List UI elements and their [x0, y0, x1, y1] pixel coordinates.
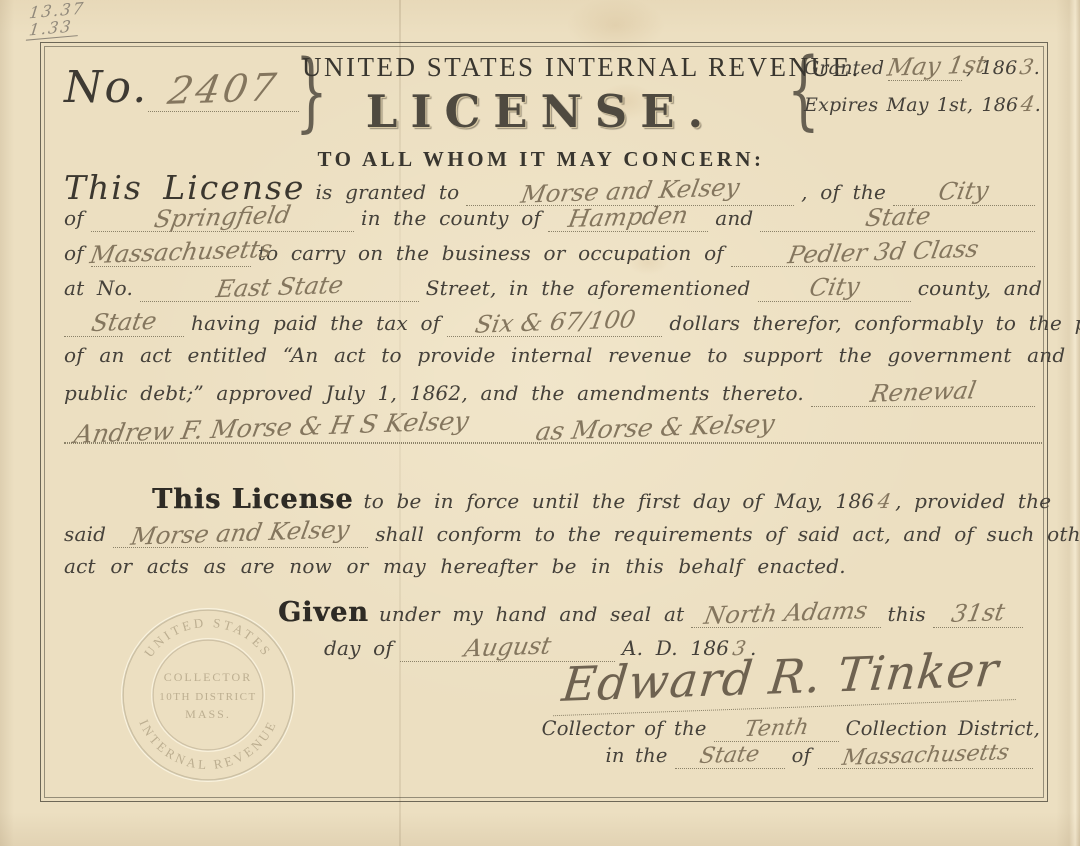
- body-text: to be in force until the first day of Ma…: [363, 489, 874, 513]
- collector-text: Collection District,: [846, 717, 1040, 740]
- state-name-value: Massachusetts: [840, 740, 1011, 771]
- renewal-blank: Renewal: [811, 378, 1035, 407]
- body-line-5: State having paid the tax of Six & 67/10…: [64, 308, 1042, 343]
- aforementioned-city: City: [807, 272, 862, 302]
- city-name: Springfield: [152, 201, 293, 234]
- license-number-row: No. 2407: [64, 62, 299, 113]
- body-text: in the county of: [361, 206, 541, 230]
- body-line-12: act or acts as are now or may hereafter …: [64, 554, 1042, 589]
- month-value: August: [462, 632, 553, 663]
- state-name-blank2: Massachusetts: [818, 743, 1033, 769]
- body-text: of an act entitled “An act to provide in…: [64, 343, 1080, 367]
- state-word2: State: [89, 307, 159, 337]
- seal-line3: MASS.: [185, 707, 231, 721]
- aforementioned-city-blank: City: [758, 273, 911, 302]
- state-blank: State: [675, 743, 785, 769]
- body-line-4: at No. East State Street, in the aforeme…: [64, 273, 1042, 308]
- svg-text:UNITED STATES: UNITED STATES: [141, 615, 275, 660]
- body-line-6: of an act entitled “An act to provide in…: [64, 343, 1042, 378]
- paragraph-gap: [64, 471, 1042, 484]
- body-text: is granted to: [315, 180, 459, 204]
- street-name: East State: [214, 271, 345, 303]
- body-line-7: public debt;” approved July 1, 1862, and…: [64, 378, 1042, 413]
- granted-period: .: [1034, 57, 1040, 79]
- body-line-11: said Morse and Kelsey shall conform to t…: [64, 519, 1042, 554]
- dates-block: Granted May 1st , 186 3 . Expires May 1s…: [804, 52, 1040, 132]
- body-text: and: [715, 206, 753, 230]
- occupation-blank: Pedler 3d Class: [731, 238, 1035, 267]
- seal-place-blank: North Adams: [691, 599, 880, 628]
- municipality-type: City: [937, 176, 992, 206]
- seal-graphic: UNITED STATES INTERNAL REVENUE COLLECTOR…: [116, 603, 300, 787]
- collector-title-line: Collector of the Tenth Collection Distri…: [556, 716, 1040, 743]
- body-line-9: [64, 443, 1042, 471]
- collector-text: in the: [606, 744, 668, 767]
- said-grantee-blank: Morse and Kelsey: [113, 519, 368, 548]
- license-display-word: LICENSE.: [302, 85, 780, 138]
- firm-name: as Morse & Kelsey: [534, 409, 777, 446]
- body-text: said: [64, 522, 106, 546]
- day-number-blank: 31st: [933, 599, 1023, 628]
- partners-blank: Andrew F. Morse & H S Kelsey as Morse & …: [64, 413, 1042, 443]
- seal-place: North Adams: [702, 596, 870, 630]
- paper-left-edge: [0, 0, 14, 846]
- body-line-2: of Springfield in the county of Hampden …: [64, 203, 1042, 238]
- body-text: , of the: [801, 180, 886, 204]
- signature-block: Edward R. Tinker Collector of the Tenth …: [556, 650, 1040, 770]
- granted-label: Granted: [804, 57, 884, 79]
- state-word-blank: State: [760, 203, 1035, 232]
- grantee-name-blank: Morse and Kelsey: [466, 177, 794, 206]
- collector-state-line: in the State of Massachusetts: [556, 743, 1040, 770]
- granted-date-blank: May 1st: [888, 52, 962, 81]
- body-line-3: of Massachusetts to carry on the busines…: [64, 238, 1042, 273]
- body-text: , provided the: [895, 489, 1051, 513]
- body-text: act or acts as are now or may hereafter …: [64, 554, 846, 578]
- pencil-number-bottom: 1.33: [26, 17, 80, 41]
- state-word: State: [863, 202, 933, 232]
- expires-printed-text: Expires May 1st, 186: [804, 94, 1018, 116]
- body-text: of: [64, 206, 84, 230]
- collector-text: of: [792, 744, 811, 767]
- body-text: to carry on the business or occupation o…: [258, 241, 724, 265]
- expiry-year-digit: 4: [876, 489, 893, 513]
- paper-right-edge: [1056, 0, 1080, 846]
- said-grantee: Morse and Kelsey: [129, 515, 352, 551]
- expires-row: Expires May 1st, 186 4 .: [804, 92, 1040, 132]
- city-name-blank: Springfield: [91, 203, 354, 232]
- street-name-blank: East State: [140, 273, 419, 302]
- state-name: Massachusetts: [88, 235, 275, 269]
- day-number: 31st: [949, 598, 1007, 628]
- given-line-1: Given under my hand and seal at North Ad…: [278, 597, 1030, 633]
- district-name-blank: Tenth: [714, 716, 839, 742]
- body-text: dollars therefor, conformably to the pro…: [669, 311, 1080, 335]
- expires-period: .: [1035, 94, 1041, 116]
- occupation-value: Pedler 3d Class: [785, 235, 980, 270]
- state-value: State: [698, 742, 762, 769]
- collector-text: Collector of the: [542, 717, 707, 740]
- given-text: day of: [324, 636, 393, 660]
- document-title: UNITED STATES INTERNAL REVENUE.: [302, 52, 780, 83]
- county-name-blank: Hampden: [548, 203, 708, 232]
- license-number-label: No.: [64, 62, 148, 113]
- license-number-value: 2407: [165, 65, 282, 113]
- license-document: 13.37 1.33 No. 2407 } { UNITED STATES IN…: [0, 0, 1080, 846]
- body-line-1: This License is granted to Morse and Kel…: [64, 168, 1042, 203]
- district-name: Tenth: [742, 715, 810, 742]
- tax-amount: Six & 67/100: [473, 305, 638, 339]
- this-license-blackletter: This License: [152, 484, 353, 515]
- seal-line2: 10TH DISTRICT: [159, 691, 256, 703]
- given-text: under my hand and seal at: [379, 602, 685, 626]
- document-header: UNITED STATES INTERNAL REVENUE. LICENSE.…: [302, 52, 780, 172]
- body-text: at No.: [64, 276, 133, 300]
- granted-date-value: May 1st: [885, 50, 988, 81]
- county-name: Hampden: [566, 201, 690, 233]
- body-text: public debt;” approved July 1, 1862, and…: [64, 381, 804, 405]
- body-text: Street, in the aforementioned: [426, 276, 751, 300]
- body-text: having paid the tax of: [191, 311, 440, 335]
- pencil-annotation: 13.37 1.33: [26, 0, 86, 41]
- body-line-10: This License to be in force until the fi…: [64, 484, 1042, 519]
- seal-arc-top-text: UNITED STATES: [141, 615, 275, 660]
- state-word2-blank: State: [64, 308, 184, 337]
- tax-amount-blank: Six & 67/100: [447, 308, 662, 337]
- body-text: county, and: [918, 276, 1042, 300]
- license-body: This License is granted to Morse and Kel…: [64, 168, 1042, 589]
- body-text: shall conform to the requirements of sai…: [375, 522, 1080, 546]
- granted-row: Granted May 1st , 186 3 .: [804, 52, 1040, 92]
- given-text: this: [888, 602, 926, 626]
- body-line-8: Andrew F. Morse & H S Kelsey as Morse & …: [64, 413, 1042, 443]
- state-name-blank: Massachusetts: [91, 238, 251, 267]
- collector-signature: Edward R. Tinker: [553, 642, 1022, 716]
- seal-line1: COLLECTOR: [164, 670, 252, 684]
- license-number-blank: 2407: [148, 67, 299, 112]
- renewal-note: Renewal: [868, 376, 978, 408]
- body-text: of: [64, 241, 84, 265]
- embossed-seal: UNITED STATES INTERNAL REVENUE COLLECTOR…: [116, 603, 300, 787]
